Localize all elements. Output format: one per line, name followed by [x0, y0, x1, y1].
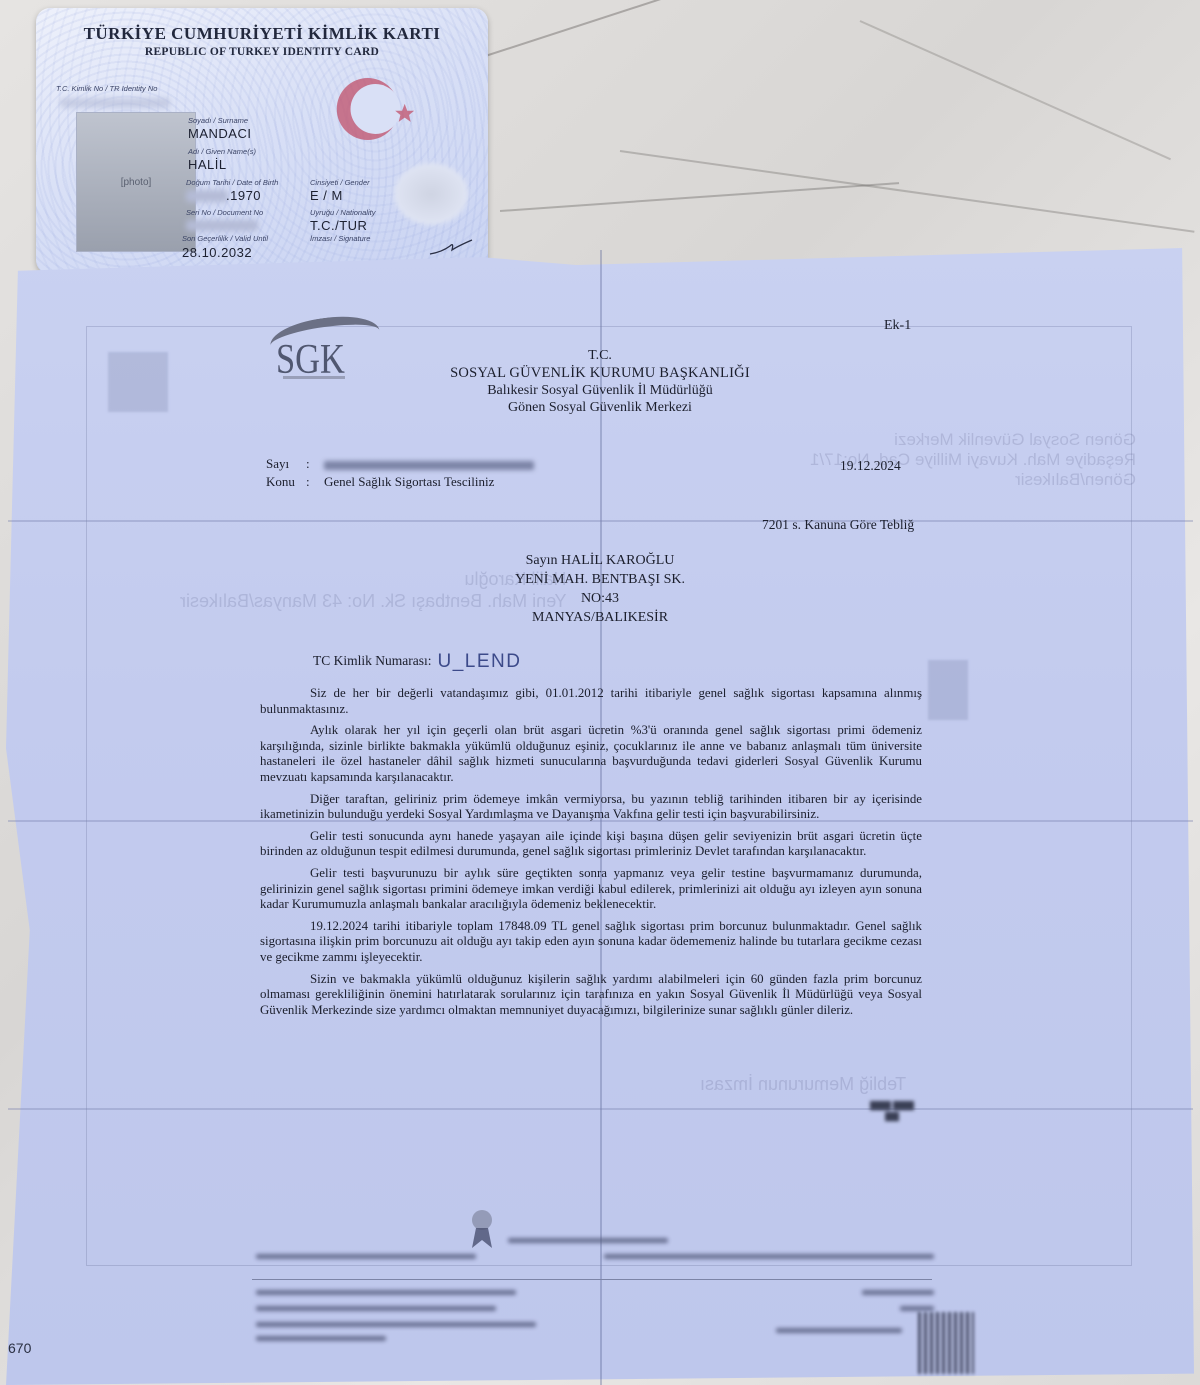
crescent-star-icon — [329, 66, 415, 152]
footer-redacted-line — [256, 1290, 516, 1295]
gender-label: Cinsiyeti / Gender — [310, 178, 370, 187]
paragraph: Sizin ve bakmakla yükümlü olduğunuz kişi… — [260, 972, 922, 1019]
footer-redacted-line — [256, 1254, 476, 1259]
subject-row: Konu:Genel Sağlık Sigortası Tesciliniz — [266, 474, 494, 490]
marble-vein — [470, 0, 870, 62]
verification-qr-redacted — [918, 1312, 974, 1374]
bleed-through-qr — [108, 352, 168, 412]
header-provincial-office: Balıkesir Sosyal Güvenlik İl Müdürlüğü — [400, 383, 800, 399]
holder-photo-placeholder: [photo] — [76, 112, 196, 252]
footer-redacted-line — [776, 1328, 902, 1333]
reference-row: Sayı: — [266, 456, 534, 472]
footer-divider — [252, 1279, 932, 1280]
subject-separator: : — [306, 474, 324, 490]
gender-value: E / M — [310, 188, 343, 203]
reference-redacted — [324, 461, 534, 470]
nationality-label: Uyruğu / Nationality — [310, 208, 375, 217]
document-no-redacted — [186, 220, 258, 231]
dob-year-value: .1970 — [226, 188, 261, 203]
signer-redacted: ▇▇▇ ▇▇▇▇▇ — [862, 1100, 922, 1122]
e-signature-seal-icon — [468, 1208, 496, 1250]
sgk-logo-tagline — [283, 376, 345, 379]
document-no-label: Seri No / Document No — [186, 208, 263, 217]
tc-number-label: TC Kimlik Numarası: — [313, 653, 432, 668]
paragraph: 19.12.2024 tarihi itibariyle toplam 1784… — [260, 919, 922, 966]
dob-label: Doğum Tarihi / Date of Birth — [186, 178, 278, 187]
reference-label: Sayı — [266, 456, 306, 472]
footer-redacted-line — [862, 1290, 934, 1295]
footer-redacted-line — [508, 1238, 668, 1243]
marble-vein — [500, 182, 899, 212]
subject-label: Konu — [266, 474, 306, 490]
footer-redacted-line — [900, 1306, 934, 1311]
paragraph: Aylık olarak her yıl için geçerli olan b… — [260, 723, 922, 785]
header-tc: T.C. — [400, 348, 800, 364]
given-names-value: HALİL — [188, 157, 227, 172]
header-institution: SOSYAL GÜVENLİK KURUMU BAŞKANLIĞI — [400, 365, 800, 382]
signature-mark — [428, 234, 474, 260]
surname-label: Soyadı / Surname — [188, 116, 248, 125]
tc-number-row: TC Kimlik Numarası:U_LEND — [313, 651, 521, 673]
letter-body: Siz de her bir değerli vatandaşımız gibi… — [260, 686, 922, 1024]
header-center: Gönen Sosyal Güvenlik Merkezi — [400, 400, 800, 416]
letter-date: 19.12.2024 — [840, 458, 901, 474]
paragraph: Siz de her bir değerli vatandaşımız gibi… — [260, 686, 922, 717]
footer-redacted-line — [256, 1336, 386, 1341]
paragraph: Diğer taraftan, geliriniz prim ödemeye i… — [260, 792, 922, 823]
card-title: TÜRKİYE CUMHURİYETİ KİMLİK KARTI — [36, 24, 488, 44]
subject-value: Genel Sağlık Sigortası Tesciliniz — [324, 474, 494, 489]
dob-redacted — [186, 190, 228, 202]
ghost-photo-redacted — [394, 163, 468, 225]
recipient-city: MANYAS/BALIKESİR — [450, 610, 750, 626]
recipient-street: YENİ MAH. BENTBAŞI SK. — [450, 572, 750, 588]
footer-redacted-line — [604, 1254, 934, 1259]
footer-redacted-line — [256, 1322, 536, 1327]
valid-until-label: Son Geçerlilik / Valid Until — [182, 234, 268, 243]
marble-vein — [860, 20, 1171, 160]
signature-label: İmzası / Signature — [310, 234, 370, 243]
tc-no-label: T.C. Kimlik No / TR Identity No — [56, 84, 157, 93]
card-subtitle: REPUBLIC OF TURKEY IDENTITY CARD — [36, 46, 488, 58]
reference-separator: : — [306, 456, 324, 472]
legal-basis: 7201 s. Kanuna Göre Tebliğ — [762, 517, 914, 533]
nationality-value: T.C./TUR — [310, 218, 367, 233]
paragraph: Gelir testi sonucunda aynı hanede yaşaya… — [260, 829, 922, 860]
bleed-through-signature-line: Tebliğ Memurunun İmzası — [700, 1074, 906, 1095]
surname-value: MANDACI — [188, 126, 251, 141]
photo-margin-number: 670 — [8, 1340, 31, 1356]
recipient-number: NO:43 — [450, 591, 750, 607]
marble-vein — [620, 150, 1195, 233]
tc-number-partial-value: U_LEND — [438, 651, 522, 672]
given-names-label: Adı / Given Name(s) — [188, 147, 256, 156]
paragraph: Gelir testi başvurunuzu bir aylık süre g… — [260, 866, 922, 913]
identity-card: TÜRKİYE CUMHURİYETİ KİMLİK KARTI REPUBLI… — [36, 8, 488, 274]
tc-no-redacted — [60, 98, 170, 108]
valid-until-value: 28.10.2032 — [182, 245, 252, 260]
bleed-through-barcode — [928, 660, 968, 720]
annex-label: Ek-1 — [884, 318, 911, 334]
footer-redacted-line — [256, 1306, 496, 1311]
recipient-name: Sayın HALİL KAROĞLU — [450, 553, 750, 569]
